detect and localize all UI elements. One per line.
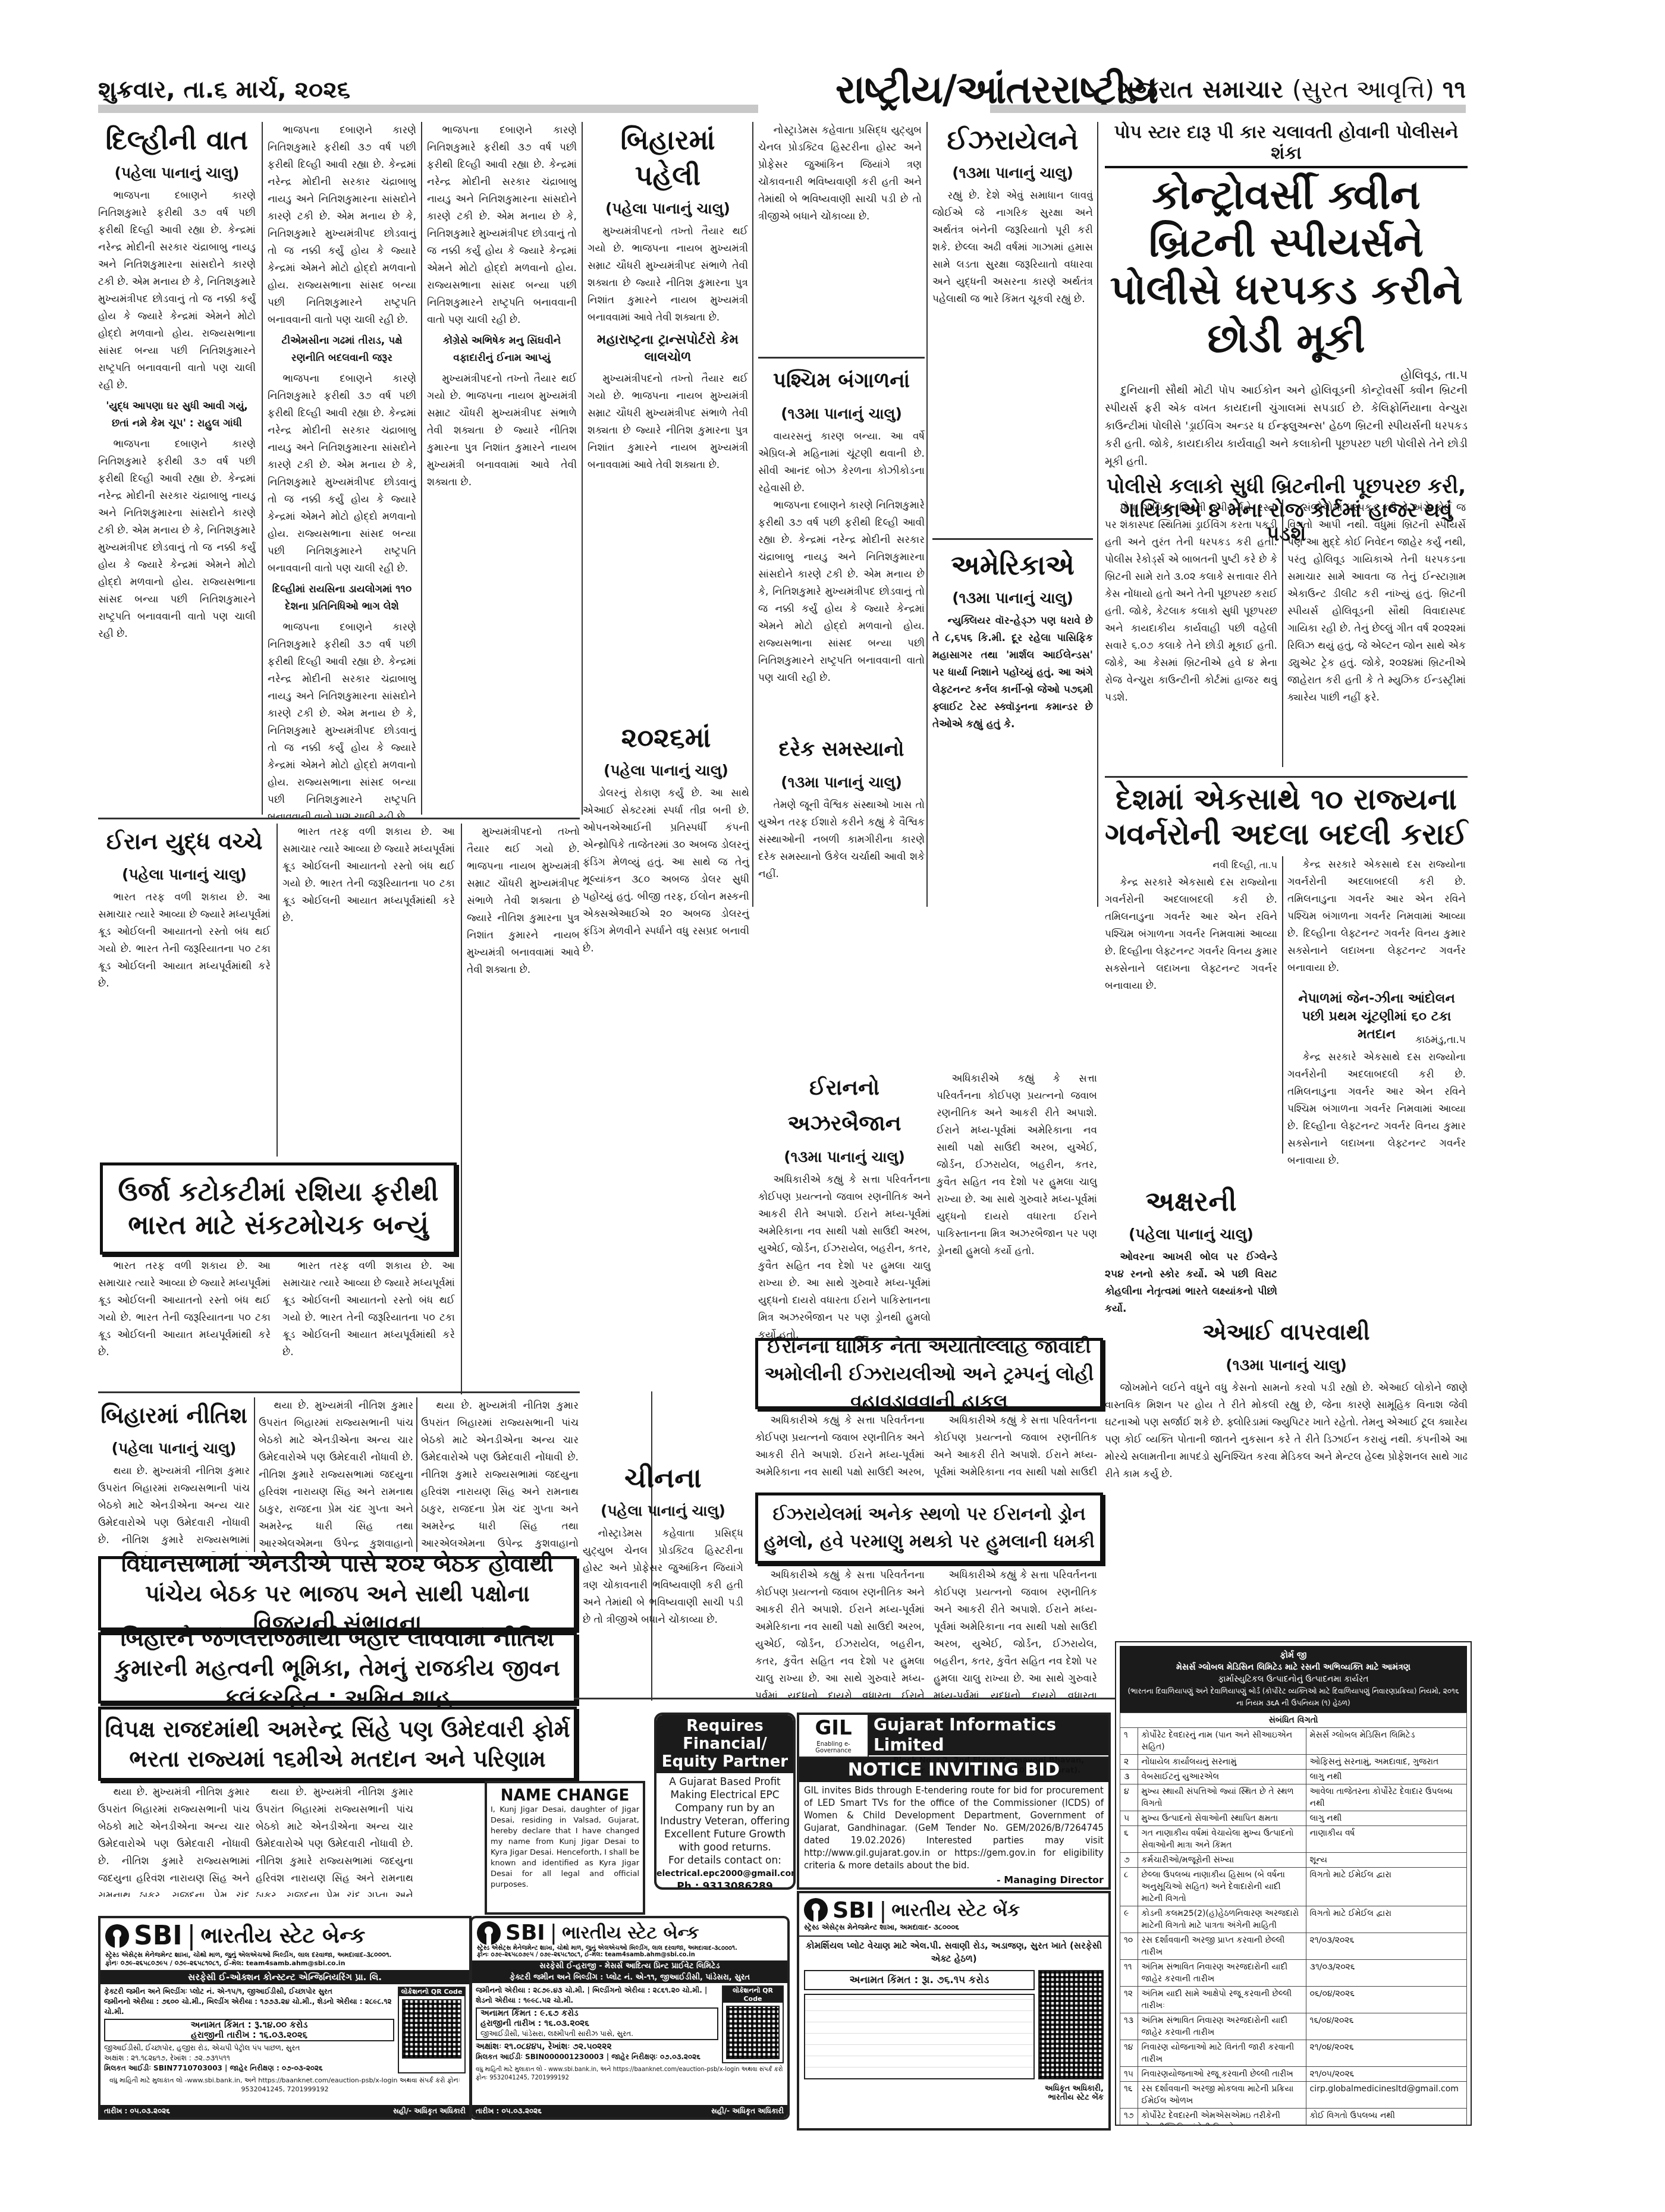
- table-row: ૮છેલ્લા ઉપલબ્ધ નાણાકીય હિસાબ (બે વર્ષના …: [1120, 1868, 1467, 1906]
- nepal-dateline: કાઠમંડુ,તા.૫: [1287, 1032, 1466, 1049]
- article-body: વાયરસનું કારણ બન્યા. આ વર્ષે એપ્રિલ-મે મ…: [758, 428, 925, 497]
- table-row: ૬ગત નાણાકીય વર્ષમાં વેચાયેલા મુખ્ય ઉત્પા…: [1120, 1826, 1467, 1853]
- article-bihar-first: બિહારમાં પહેલી (પહેલા પાનાનું ચાલુ) મુખ્…: [588, 122, 748, 818]
- gil-company: Gujarat Informatics Limited: [869, 1715, 1108, 1755]
- ad-line: For details contact on:: [656, 1854, 793, 1867]
- article-body: થયા છે. મુખ્યમંત્રી નીતિશ કુમાર ઉપરાંત બ…: [421, 1397, 579, 1552]
- column-rule: [461, 824, 462, 1394]
- article-delhi: દિલ્હીની વાત (પહેલા પાનાનું ચાલુ) ભાજપના…: [98, 122, 256, 818]
- sbi-date: તારીખ : ૦૫.૦૩.૨૦૨૬: [476, 2107, 542, 2116]
- page-number: ૧૧: [1443, 76, 1466, 103]
- sbi-auction-ad-1: SBI|ભારતીય સ્ટેટ બેન્ક સ્ટ્રેસ્ડ એસેટ્સ …: [98, 1916, 472, 2120]
- table-row: ૨નોંધાયેલ કાર્યાલયનું સરનામુંઓફિસનું સરન…: [1120, 1755, 1467, 1770]
- sbi-reserve-price: અનામત કિંમત : ૯.૬૭ કરોડ: [480, 2009, 717, 2019]
- subhead: 'યુદ્ધ આપણા ઘર સુધી આવી ગયું, છતાં નમે ક…: [98, 398, 256, 432]
- sbi-reserve-price: અનામત કિંમત : રૂા. ૭૬.૧૫ કરોડ: [804, 1970, 1035, 1990]
- article-body: જોખમોને લઈને વધુને વધુ કેસનો સામનો કરવો …: [1105, 1380, 1468, 1483]
- sbi-coords: અક્ષાંશઃ ૨૧.૦૮૪૪૫, રેખાંશઃ ૭૨.૫૦૨૨૨: [476, 2042, 718, 2052]
- form-title: ફોર્મ જી: [1123, 1649, 1463, 1661]
- governors-dateline: નવી દિલ્હી, તા.૫: [1105, 859, 1277, 871]
- lead-story: પોપ સ્ટાર દારૂ પી કાર ચલાવતી હોવાની પોલી…: [1105, 122, 1468, 546]
- sbi-logo: SBI|ભારતીય સ્ટેટ બેંક: [804, 1897, 1104, 1923]
- article-body: મુખ્યમંત્રીપદનો તખ્તો તૈયાર થઈ ગયો છે. ભ…: [588, 370, 748, 474]
- article-kicker: બિહારમાં પહેલી: [588, 122, 748, 193]
- sbi-branch: સ્ટ્રેસ્ડ એસેટ્સ મેનેજમેન્ટ શાખા, અમદાવા…: [804, 1923, 1104, 1932]
- article-bihar-nitish: બિહારમાં નીતિશ (પહેલા પાનાનું ચાલુ) થયા …: [98, 1397, 250, 1552]
- russia-body-2: ભારત તરફ વળી શકાય છે. આ સમાચાર ત્યારે આવ…: [282, 1258, 455, 1365]
- continued-label: (૧૩મા પાનાનું ચાલુ): [1105, 1353, 1468, 1377]
- section-rule: [758, 357, 925, 359]
- column-rule: [926, 122, 928, 907]
- ad-line: Excellent Future Growth: [656, 1828, 793, 1841]
- article-iran-war-cont: ભારત તરફ વળી શકાય છે. આ સમાચાર ત્યારે આવ…: [282, 824, 455, 1157]
- section-rule: [98, 1391, 580, 1393]
- sbi-keyhole-icon: [105, 1924, 129, 1948]
- sbi-auction-date: હરાજીની તારીખ : ૧૬.૦૩.૨૦૨૬: [105, 2030, 393, 2040]
- continued-label: (પહેલા પાનાનું ચાલુ): [1105, 1223, 1277, 1246]
- article-israel: ઈઝરાયેલને (૧૩મા પાનાનું ચાલુ) રહ્યું છે.…: [932, 122, 1093, 538]
- continued-label: (પહેલા પાનાનું ચાલુ): [583, 1499, 743, 1523]
- article-china: ચીનના (પહેલા પાનાનું ચાલુ) નોસ્ટ્રાડેમસ …: [583, 1460, 743, 1698]
- sbi-sign: સહી/- અધિકૃત અધિકારી: [711, 2107, 784, 2116]
- iran-cleric-body: અધિકારીએ કહ્યું કે સત્તા પરિવર્તનના કોઈપ…: [755, 1412, 925, 1478]
- article-kicker: ચીનના: [583, 1460, 743, 1495]
- table-row: ૧૧અંતિમ સંભાવિત નિવારણ અરજદારોની યાદી જા…: [1120, 1960, 1467, 1987]
- continued-label: (પહેલા પાનાનું ચાલુ): [98, 863, 271, 887]
- article-body: ભાજપના દબાણને કારણે નિતિશકુમારે ફરીથી ૩૭…: [98, 187, 256, 394]
- drone-body-2: અધિકારીએ કહ્યું કે સત્તા પરિવર્તનના કોઈપ…: [934, 1567, 1097, 1698]
- lead-body: પોપ ગાયિકા બ્રિટની સ્પીયર્સને રસ્તા પર શ…: [1105, 499, 1277, 706]
- article-body: ભારત તરફ વળી શકાય છે. આ સમાચાર ત્યારે આવ…: [282, 1258, 455, 1361]
- sbi-property-details: [804, 1994, 1035, 2079]
- article-body: કેન્દ્ર સરકારે એકસાથે દસ રાજ્યોના ગવર્નર…: [1287, 1049, 1466, 1170]
- header-bar-left: [98, 105, 758, 113]
- column-rule: [752, 122, 753, 907]
- article-body: કેન્દ્ર સરકારે એકસાથે દસ રાજ્યોના ગવર્નર…: [1287, 856, 1466, 977]
- table-row: ૩વેબસાઈટનું યુઆરએલલાગુ નથી: [1120, 1770, 1467, 1784]
- article-body: ડોલરનું રોકાણ કર્યું છે. આ સાથે એઆઈ સેક્…: [583, 785, 749, 957]
- column-rule: [277, 824, 278, 1157]
- article-body: ભાજપના દબાણને કારણે નિતિશકુમારે ફરીથી ૩૭…: [427, 122, 577, 329]
- iran-cleric-headline-box: ઈરાનના ધાર્મિક નેતા અયાતોલ્લાહ જાવાદી અમ…: [755, 1338, 1103, 1409]
- sbi-branch: સ્ટ્રેસ્ડ એસેટ્સ મેનેજમેન્ટ શાખા, ચોથો મ…: [105, 1951, 464, 1959]
- lead-body-col-3: સંજોગોમાં ધરપકડ કરી તે અંગે કોઈ જ વિગતો …: [1287, 499, 1466, 767]
- lead-body: દુનિયાની સૌથી મોટી પોપ આઈકોન અને હોલિવૂડ…: [1105, 382, 1468, 471]
- gil-logo: GIL Enabling e-Governance: [799, 1715, 869, 1757]
- sbi-auction-ad-2: SBI|ભારતીય સ્ટેટ બેન્ક સ્ટ્રેસ્ડ એસેટ્સ …: [470, 1916, 790, 2120]
- russia-headline-box: ઉર્જા કટોકટીમાં રશિયા ફરીથી ભારત માટે સં…: [100, 1162, 457, 1255]
- article-2026: ૨૦૨૬માં (પહેલા પાનાનું ચાલુ) ડોલરનું રોક…: [583, 719, 749, 1088]
- article-body: ભાજપના દબાણને કારણે નિતિશકુમારે ફરીથી ૩૭…: [268, 619, 416, 818]
- lead-dateline: હોલિવૂડ, તા.૫: [1105, 367, 1468, 382]
- gil-signature: - Managing Director: [799, 1874, 1108, 1886]
- article-body: મુખ્યમંત્રીપદનો તખ્તો તૈયાર થઈ ગયો છે. ભ…: [427, 370, 577, 491]
- continued-label: (૧૩મા પાનાનું ચાલુ): [932, 161, 1093, 185]
- article-body: અધિકારીએ કહ્યું કે સત્તા પરિવર્તનના કોઈપ…: [755, 1412, 925, 1478]
- article-kicker: ૨૦૨૬માં: [583, 719, 749, 755]
- continued-label: (૧૩મા પાનાનું ચાલુ): [758, 1145, 931, 1169]
- continued-label: (૧૩મા પાનાનું ચાલુ): [758, 771, 925, 794]
- table-row: ૪મુખ્ય સ્થાયી સંપત્તિઓ જ્યાં સ્થિત છે તે…: [1120, 1784, 1467, 1811]
- ad-title: NAME CHANGE: [491, 1787, 639, 1805]
- article-body: રહ્યું છે. દેશે એવું સમાધાન લાવવું જોઈએ …: [932, 187, 1093, 308]
- governors-body: કેન્દ્ર સરકારે એકસાથે દસ રાજ્યોના ગવર્નર…: [1105, 874, 1277, 1171]
- sbi-banner: સરફેસી ઈ-ઓક્શન કોન્સ્ટન્ટ એન્જિનિયરિંગ પ…: [100, 1970, 469, 1984]
- form-g-notice: ફોર્મ જી મેસર્સ ગ્લોબલ મેડિસિન લિમિટેડ મ…: [1115, 1641, 1472, 2126]
- sbi-logo: SBI|ભારતીય સ્ટેટ બેન્ક: [105, 1921, 464, 1951]
- qr-code-icon[interactable]: [1038, 1970, 1104, 2079]
- ad-body: I, Kunj Jigar Desai, daughter of Jigar D…: [491, 1805, 639, 1890]
- assembly-headline-box: વિધાનસભામાં એનડીએ પાસે ૨૦૨ બેઠક હોવાથી પ…: [98, 1556, 577, 1630]
- paper-name: ગુજરાત સમાચાર: [1117, 76, 1284, 103]
- column-rule: [254, 1397, 255, 1552]
- article-bihar-nitish-3: થયા છે. મુખ્યમંત્રી નીતિશ કુમાર ઉપરાંત બ…: [421, 1397, 579, 1552]
- sbi-date: તારીખ : ૦૫.૦૩.૨૦૨૬: [104, 2107, 170, 2116]
- table-row: ૧૦રસ દર્શાવવાની અરજી પ્રાપ્ત કરવાની છેલ્…: [1120, 1933, 1467, 1960]
- article-kicker: અક્ષરની: [1105, 1183, 1277, 1219]
- section-rule: [1105, 776, 1468, 778]
- qr-label: લોકેશનનો QR Code: [723, 1987, 783, 2003]
- sbi-more-info: વધુ માહિતી માટે મુલાકાત લો - www.sbi.ban…: [472, 2066, 787, 2082]
- article-body: નોસ્ટ્રાડેમસ કહેવાતા પ્રસિદ્ધ યુટ્યુબ ચે…: [583, 1525, 743, 1629]
- table-row: ૧૭કોર્પોરેટ દેવદારની એમએસએમઇ તરીકેની નોં…: [1120, 2109, 1467, 2126]
- article-transporters: મુખ્યમંત્રીપદનો તખ્તો તૈયાર થઈ ગયો છે. ભ…: [467, 824, 580, 1394]
- gil-notice-ad: GIL Enabling e-Governance Gujarat Inform…: [797, 1713, 1111, 1890]
- table-row: ૧૨અંતિમ યાદી સામે આક્ષેપો રજૂ કરવાની છેલ…: [1120, 1987, 1467, 2013]
- article-kicker: દરેક સમસ્યાનો: [758, 731, 925, 767]
- article-delhi-cont-2: ભાજપના દબાણને કારણે નિતિશકુમારે ફરીથી ૩૭…: [427, 122, 577, 818]
- continued-label: (પહેલા પાનાનું ચાલુ): [583, 759, 749, 783]
- gil-body: GIL invites Bids through E-tendering rou…: [799, 1782, 1108, 1874]
- article-body: થયા છે. મુખ્યમંત્રી નીતિશ કુમાર ઉપરાંત બ…: [259, 1397, 413, 1552]
- sbi-sign: અધિકૃત અધિકારી, ભારતીય સ્ટેટ બેંક: [1038, 2084, 1104, 2102]
- form-table: સંબંધિત વિગતો ૧કોર્પોરેટ દેવદારનું નામ (…: [1120, 1713, 1467, 2126]
- iran-cleric-body-2: અધિકારીએ કહ્યું કે સત્તા પરિવર્તનના કોઈપ…: [934, 1412, 1097, 1478]
- sbi-area: જમીનનો એરીયા : ૭૬૦૦ ચો.મી., બિલ્ડીંગ એરી…: [104, 1997, 394, 2017]
- table-row: ૭કર્મચારીઓ/મજૂરોની સંખ્યાશૂન્ય: [1120, 1853, 1467, 1868]
- continued-label: (પહેલા પાનાનું ચાલુ): [588, 197, 748, 221]
- article-delhi-cont: ભાજપના દબાણને કારણે નિતિશકુમારે ફરીથી ૩૭…: [268, 122, 416, 818]
- edition-label: (સુરત આવૃત્તિ): [1292, 76, 1434, 103]
- article-body: મુખ્યમંત્રીપદનો તખ્તો તૈયાર થઈ ગયો છે. ભ…: [588, 223, 748, 326]
- continued-label: (પહેલા પાનાનું ચાલુ): [98, 1437, 250, 1460]
- article-kicker: એઆઈ વાપરવાથી: [1105, 1314, 1468, 1350]
- sbi-sign: સહી/- અધિકૃત અધિકારી: [393, 2107, 466, 2116]
- article-kicker: ઈરાન યુદ્ધ વચ્ચે: [98, 824, 271, 859]
- column-rule: [416, 1397, 417, 1552]
- drone-attack-headline-box: ઈઝરાયેલમાં અનેક સ્થળો પર ઈરાનનો ડ્રોન હુ…: [755, 1493, 1103, 1564]
- amit-shah-headline-box: બિહારને જંગલરાજમાંથી બહાર લાવવામાં નીતિશ…: [98, 1632, 577, 1704]
- column-rule: [421, 122, 422, 815]
- article-body: થયા છે. મુખ્યમંત્રી નીતિશ કુમાર ઉપરાંત બ…: [256, 1784, 413, 1897]
- sbi-reserve-price: અનામત કિંમત : રૂ.૧૪.૦૦ કરોડ: [105, 2020, 393, 2030]
- article-iran-war: ઈરાન યુદ્ધ વચ્ચે (પહેલા પાનાનું ચાલુ) ભા…: [98, 824, 271, 1157]
- article-body: ભારત તરફ વળી શકાય છે. આ સમાચાર ત્યારે આવ…: [98, 1258, 271, 1361]
- column-rule: [1097, 122, 1098, 907]
- sbi-location: જીઆઈડીસી, પાંડેસરા, લક્ષ્મીપતી સારીઝ પાસ…: [480, 2029, 717, 2039]
- ad-line: Making Electrical EPC: [656, 1789, 793, 1802]
- article-kicker: અમેરિકાએ: [932, 547, 1093, 583]
- article-body: અધિકારીએ કહ્યું કે સત્તા પરિવર્તનના કોઈપ…: [934, 1567, 1097, 1698]
- sbi-keyhole-icon: [477, 1921, 501, 1945]
- governors-body-2: કેન્દ્ર સરકારે એકસાથે દસ રાજ્યોના ગવર્નર…: [1287, 856, 1466, 987]
- sbi-coords: અક્ષાંશ : ૨૧.૧૮૨૪૧૭, રેખાંશ : ૭૨.૭૩૧૫૧૧: [104, 2053, 394, 2063]
- lead-body-col-2: પોપ ગાયિકા બ્રિટની સ્પીયર્સને રસ્તા પર શ…: [1105, 499, 1277, 767]
- table-row: ૧૬રસ દર્શાવવાની અરજી મોકલવા માટેની પ્રક્…: [1120, 2082, 1467, 2109]
- article-body: મુખ્યમંત્રીપદનો તખ્તો તૈયાર થઈ ગયો છે. ભ…: [467, 824, 580, 979]
- article-ai: એઆઈ વાપરવાથી (૧૩મા પાનાનું ચાલુ) જોખમોને…: [1105, 1314, 1468, 1623]
- sbi-banner: કોમર્શિયલ પ્લોટ વેચાણ માટે એલ.પી. સવાણી …: [799, 1937, 1108, 1968]
- sbi-property-id: મિલકત આઈડીઃ SBIN7710703003 | જાહેર નિરીક…: [104, 2063, 394, 2073]
- subhead: કોંગ્રેસે અભિષેક મનુ સિંઘવીને વફાદારીનું…: [427, 332, 577, 367]
- sbi-property: ફેક્ટરી જમીન અને બિલ્ડીંગ : પ્લોટ નં. એ-…: [472, 1972, 787, 1983]
- lead-headline: કોન્ટ્રોવર્સી ક્વીન બ્રિટની સ્પીયર્સને પ…: [1105, 172, 1468, 363]
- continued-label: (૧૩મા પાનાનું ચાલુ): [932, 586, 1093, 610]
- article-body: કેન્દ્ર સરકારે એકસાથે દસ રાજ્યોના ગવર્નર…: [1105, 874, 1277, 995]
- continued-label: (૧૩મા પાનાનું ચાલુ): [758, 402, 925, 426]
- article-body: તેમણે જૂની વૈશ્વિક સંસ્થાઓ ખાસ તો યુએન ત…: [758, 797, 925, 883]
- article-kicker: ઈરાનનો અઝરબૈજાન: [758, 1070, 931, 1142]
- sbi-logo: SBI|ભારતીય સ્ટેટ બેન્ક: [477, 1921, 783, 1945]
- column-rule: [262, 122, 263, 815]
- article-body: થયા છે. મુખ્યમંત્રી નીતિશ કુમાર ઉપરાંત બ…: [98, 1463, 250, 1552]
- article-iran-azerbaijan-2: અધિકારીએ કહ્યું કે સત્તા પરિવર્તનના કોઈપ…: [937, 1070, 1097, 1332]
- ad-line: with good returns.: [656, 1841, 793, 1854]
- ad-email[interactable]: electrical.epc2000@gmail.com: [656, 1867, 793, 1880]
- table-row: ૫મુખ્ય ઉત્પાદનો સેવાઓની સ્થાપિત ક્ષમતાલા…: [1120, 1811, 1467, 1826]
- opposition-headline-box: વિપક્ષ રાજદમાંથી અમરેન્દ્ર સિંહે પણ ઉમેદ…: [98, 1707, 577, 1781]
- ad-phone: Ph : 9313086289: [656, 1880, 793, 1890]
- article-body: અધિકારીએ કહ્યું કે સત્તા પરિવર્તનના કોઈપ…: [934, 1412, 1097, 1478]
- sbi-contact: ફોનઃ ૦૭૯-૨૬૫૮૦૭૯૫ / ૦૭૯-૨૬૫૮૧૦૮૧, ઈ-મેલ:…: [477, 1952, 783, 1958]
- name-change-ad: NAME CHANGE I, Kunj Jigar Desai, daughte…: [485, 1781, 645, 1915]
- sbi-area: જમીનનો એરીયા : ૨૮૭૯.૪૩ ચો.મી. | બિલ્ડીંગ…: [476, 1985, 718, 2006]
- article-kicker: બિહારમાં નીતિશ: [98, 1397, 250, 1433]
- qr-code-icon[interactable]: [726, 2006, 780, 2059]
- equity-partner-ad: Requires Financial/ Equity Partner A Guj…: [654, 1713, 796, 1890]
- article-body: ભારત તરફ વળી શકાય છે. આ સમાચાર ત્યારે આવ…: [282, 824, 455, 927]
- ad-line: A Gujarat Based Profit: [656, 1776, 793, 1789]
- article-iran-azerbaijan: ઈરાનનો અઝરબૈજાન (૧૩મા પાનાનું ચાલુ) અધિક…: [758, 1070, 931, 1350]
- article-bihar-nitish-2: થયા છે. મુખ્યમંત્રી નીતિશ કુમાર ઉપરાંત બ…: [259, 1397, 413, 1552]
- article-kicker: ઈઝરાયેલને: [932, 122, 1093, 158]
- sbi-plot-sale-ad: SBI|ભારતીય સ્ટેટ બેંક સ્ટ્રેસ્ડ એસેટ્સ મ…: [797, 1891, 1111, 2131]
- column-rule: [1282, 499, 1283, 767]
- sbi-auction-date: હરાજીની તારીખ : ૧૬.૦૩.૨૦૨૬: [480, 2019, 717, 2029]
- governors-headline: દેશમાં એકસાથે ૧૦ રાજ્યના ગવર્નરોની અદલા …: [1105, 782, 1468, 852]
- paper-masthead: ગુજરાત સમાચાર (સુરત આવૃત્તિ) ૧૧: [1117, 76, 1466, 103]
- column-rule: [1282, 856, 1283, 1154]
- section-rule: [932, 538, 1093, 540]
- header-bar-right: [990, 105, 1466, 113]
- article-every-problem: દરેક સમસ્યાનો (૧૩મા પાનાનું ચાલુ) તેમણે …: [758, 731, 925, 1017]
- drone-body: અધિકારીએ કહ્યું કે સત્તા પરિવર્તનના કોઈપ…: [755, 1567, 925, 1698]
- russia-body: ભારત તરફ વળી શકાય છે. આ સમાચાર ત્યારે આવ…: [98, 1258, 271, 1365]
- sbi-contact: ફોનઃ ૦૭૯-૨૬૫૮૦૭૯૫ / ૦૭૯-૨૬૫૮૧૦૮૧, ઈ-મેલ:…: [105, 1959, 464, 1968]
- article-body: અધિકારીએ કહ્યું કે સત્તા પરિવર્તનના કોઈપ…: [755, 1567, 925, 1698]
- article-body: ભાજપના દબાણને કારણે નિતિશકુમારે ફરીથી ૩૭…: [268, 122, 416, 329]
- sbi-property: ફેક્ટરી જમીન અને બિલ્ડીંગઃ પ્લોટ નં. એ-૧…: [104, 1987, 394, 1997]
- assembly-body: થયા છે. મુખ્યમંત્રી નીતિશ કુમાર ઉપરાંત બ…: [98, 1784, 250, 1897]
- assembly-body-2: થયા છે. મુખ્યમંત્રી નીતિશ કુમાર ઉપરાંત બ…: [256, 1784, 413, 1897]
- form-regulation: (ભારતના દિવાળિયાપણું અને દેવાળિયાપણું બો…: [1123, 1685, 1463, 1709]
- subhead: મહારાષ્ટ્રના ટ્રાન્સપોર્ટરો કેમ લાલચોળ: [588, 331, 748, 366]
- table-row: ૧૫નિવારણયોજનાઓ રજૂ કરવાની છેલ્લી તારીખ૨૧…: [1120, 2067, 1467, 2082]
- article-china-top: નોસ્ટ્રાડેમસ કહેવાતા પ્રસિદ્ધ યુટ્યુબ ચે…: [758, 122, 922, 401]
- qr-label: લોકેશનનો QR Code: [399, 1988, 464, 1996]
- form-subtitle: મેસર્સ ગ્લોબલ મેડિસિન લિમિટેડ માટે રસની …: [1123, 1661, 1463, 1673]
- form-table-header: સંબંધિત વિગતો: [1120, 1713, 1467, 1728]
- article-kicker: દિલ્હીની વાત: [98, 122, 256, 158]
- column-rule: [582, 122, 583, 815]
- article-body: ન્યુક્લિયર વૉર-હેડ્ઝ પણ ધરાવે છે તે ૮,૬૫…: [932, 612, 1093, 733]
- ad-line: Company run by an: [656, 1802, 793, 1815]
- continued-label: (પહેલા પાનાનું ચાલુ): [98, 161, 256, 185]
- lead-body: સંજોગોમાં ધરપકડ કરી તે અંગે કોઈ જ વિગતો …: [1287, 499, 1466, 706]
- table-row: ૧કોર્પોરેટ દેવદારનું નામ (પાન અને સીઆઇએન…: [1120, 1728, 1467, 1755]
- article-body: ઓવરના આખરી બોલ પર ઈંગ્લેન્ડે ૨૫૪ રનનો સ્…: [1105, 1249, 1277, 1318]
- sbi-location: જીઆઈડીસી, ઈચ્છાપોર, હજીરા રોડ, એચપી પેટ્…: [104, 2043, 394, 2053]
- article-body: ભાજપના દબાણને કારણે નિતિશકુમારે ફરીથી ૩૭…: [268, 370, 416, 577]
- article-body: ભાજપના દબાણને કારણે નિતિશકુમારે ફરીથી ૩૭…: [758, 497, 925, 687]
- article-america: અમેરિકાએ (૧૩મા પાનાનું ચાલુ) ન્યુક્લિયર …: [932, 547, 1093, 797]
- lead-kicker: પોપ સ્ટાર દારૂ પી કાર ચલાવતી હોવાની પોલી…: [1105, 122, 1468, 168]
- table-row: ૧૩અંતિમ સંભાવિત નિવારણ અરજદારોની યાદી જા…: [1120, 2013, 1467, 2040]
- table-row: ૧૪નિવારણ યોજનાઓ માટે વિનંતી જારી કરવાની …: [1120, 2040, 1467, 2067]
- qr-code-icon[interactable]: [402, 1999, 461, 2059]
- sbi-banner: સરફેસી ઈ-હરાજી - મેસર્સ આદિત્ય પ્રિન્ટ પ…: [472, 1960, 787, 1972]
- article-body: નોસ્ટ્રાડેમસ કહેવાતા પ્રસિદ્ધ યુટ્યુબ ચે…: [758, 122, 922, 225]
- subhead: દિલ્હીમાં રાયસિના ડાયલોગમાં ૧૧૦ દેશના પ્…: [268, 581, 416, 615]
- article-body: અધિકારીએ કહ્યું કે સત્તા પરિવર્તનના કોઈપ…: [937, 1070, 1097, 1260]
- sbi-keyhole-icon: [804, 1898, 828, 1922]
- article-body: થયા છે. મુખ્યમંત્રી નીતિશ કુમાર ઉપરાંત બ…: [98, 1784, 250, 1897]
- section-rule: [98, 818, 580, 819]
- issue-date: શુક્રવાર, તા.૬ માર્ચ, ૨૦૨૬: [98, 76, 350, 103]
- sbi-more-info: વધુ માહિતી માટે મુલાકાત લો -www.sbi.bank…: [100, 2076, 469, 2094]
- ad-title: Requires Financial/ Equity Partner: [656, 1715, 793, 1773]
- article-body: અધિકારીએ કહ્યું કે સત્તા પરિવર્તનના કોઈપ…: [758, 1171, 931, 1344]
- table-row: ૯કોડની કલમ25(2)(હ)હેઠળનિવારણ અરજદારો માટ…: [1120, 1906, 1467, 1933]
- sbi-branch: સ્ટ્રેસ્ડ એસેટ્સ મેનેજમેન્ટ શાખા, ચોથો મ…: [477, 1945, 783, 1952]
- article-body: ભાજપના દબાણને કારણે નિતિશકુમારે ફરીથી ૩૭…: [98, 436, 256, 643]
- article-kicker: પશ્ચિમ બંગાળનાં: [758, 363, 925, 398]
- article-body: ભારત તરફ વળી શકાય છે. આ સમાચાર ત્યારે આવ…: [98, 889, 271, 992]
- subhead: ટીએમસીના ગઢમાં તીરાડ, પક્ષે રણનીતિ બદલવા…: [268, 332, 416, 367]
- ad-line: Industry Veteran, offering: [656, 1815, 793, 1828]
- sbi-property-id: મિલકત આઈડીઃ SBIN000001230003 | જાહેર નિર…: [476, 2052, 718, 2062]
- form-subtitle-2: ફાર્માસ્યુટિકલ ઉત્પાદનોનું ઉત્પાદનમા કાર…: [1123, 1673, 1463, 1685]
